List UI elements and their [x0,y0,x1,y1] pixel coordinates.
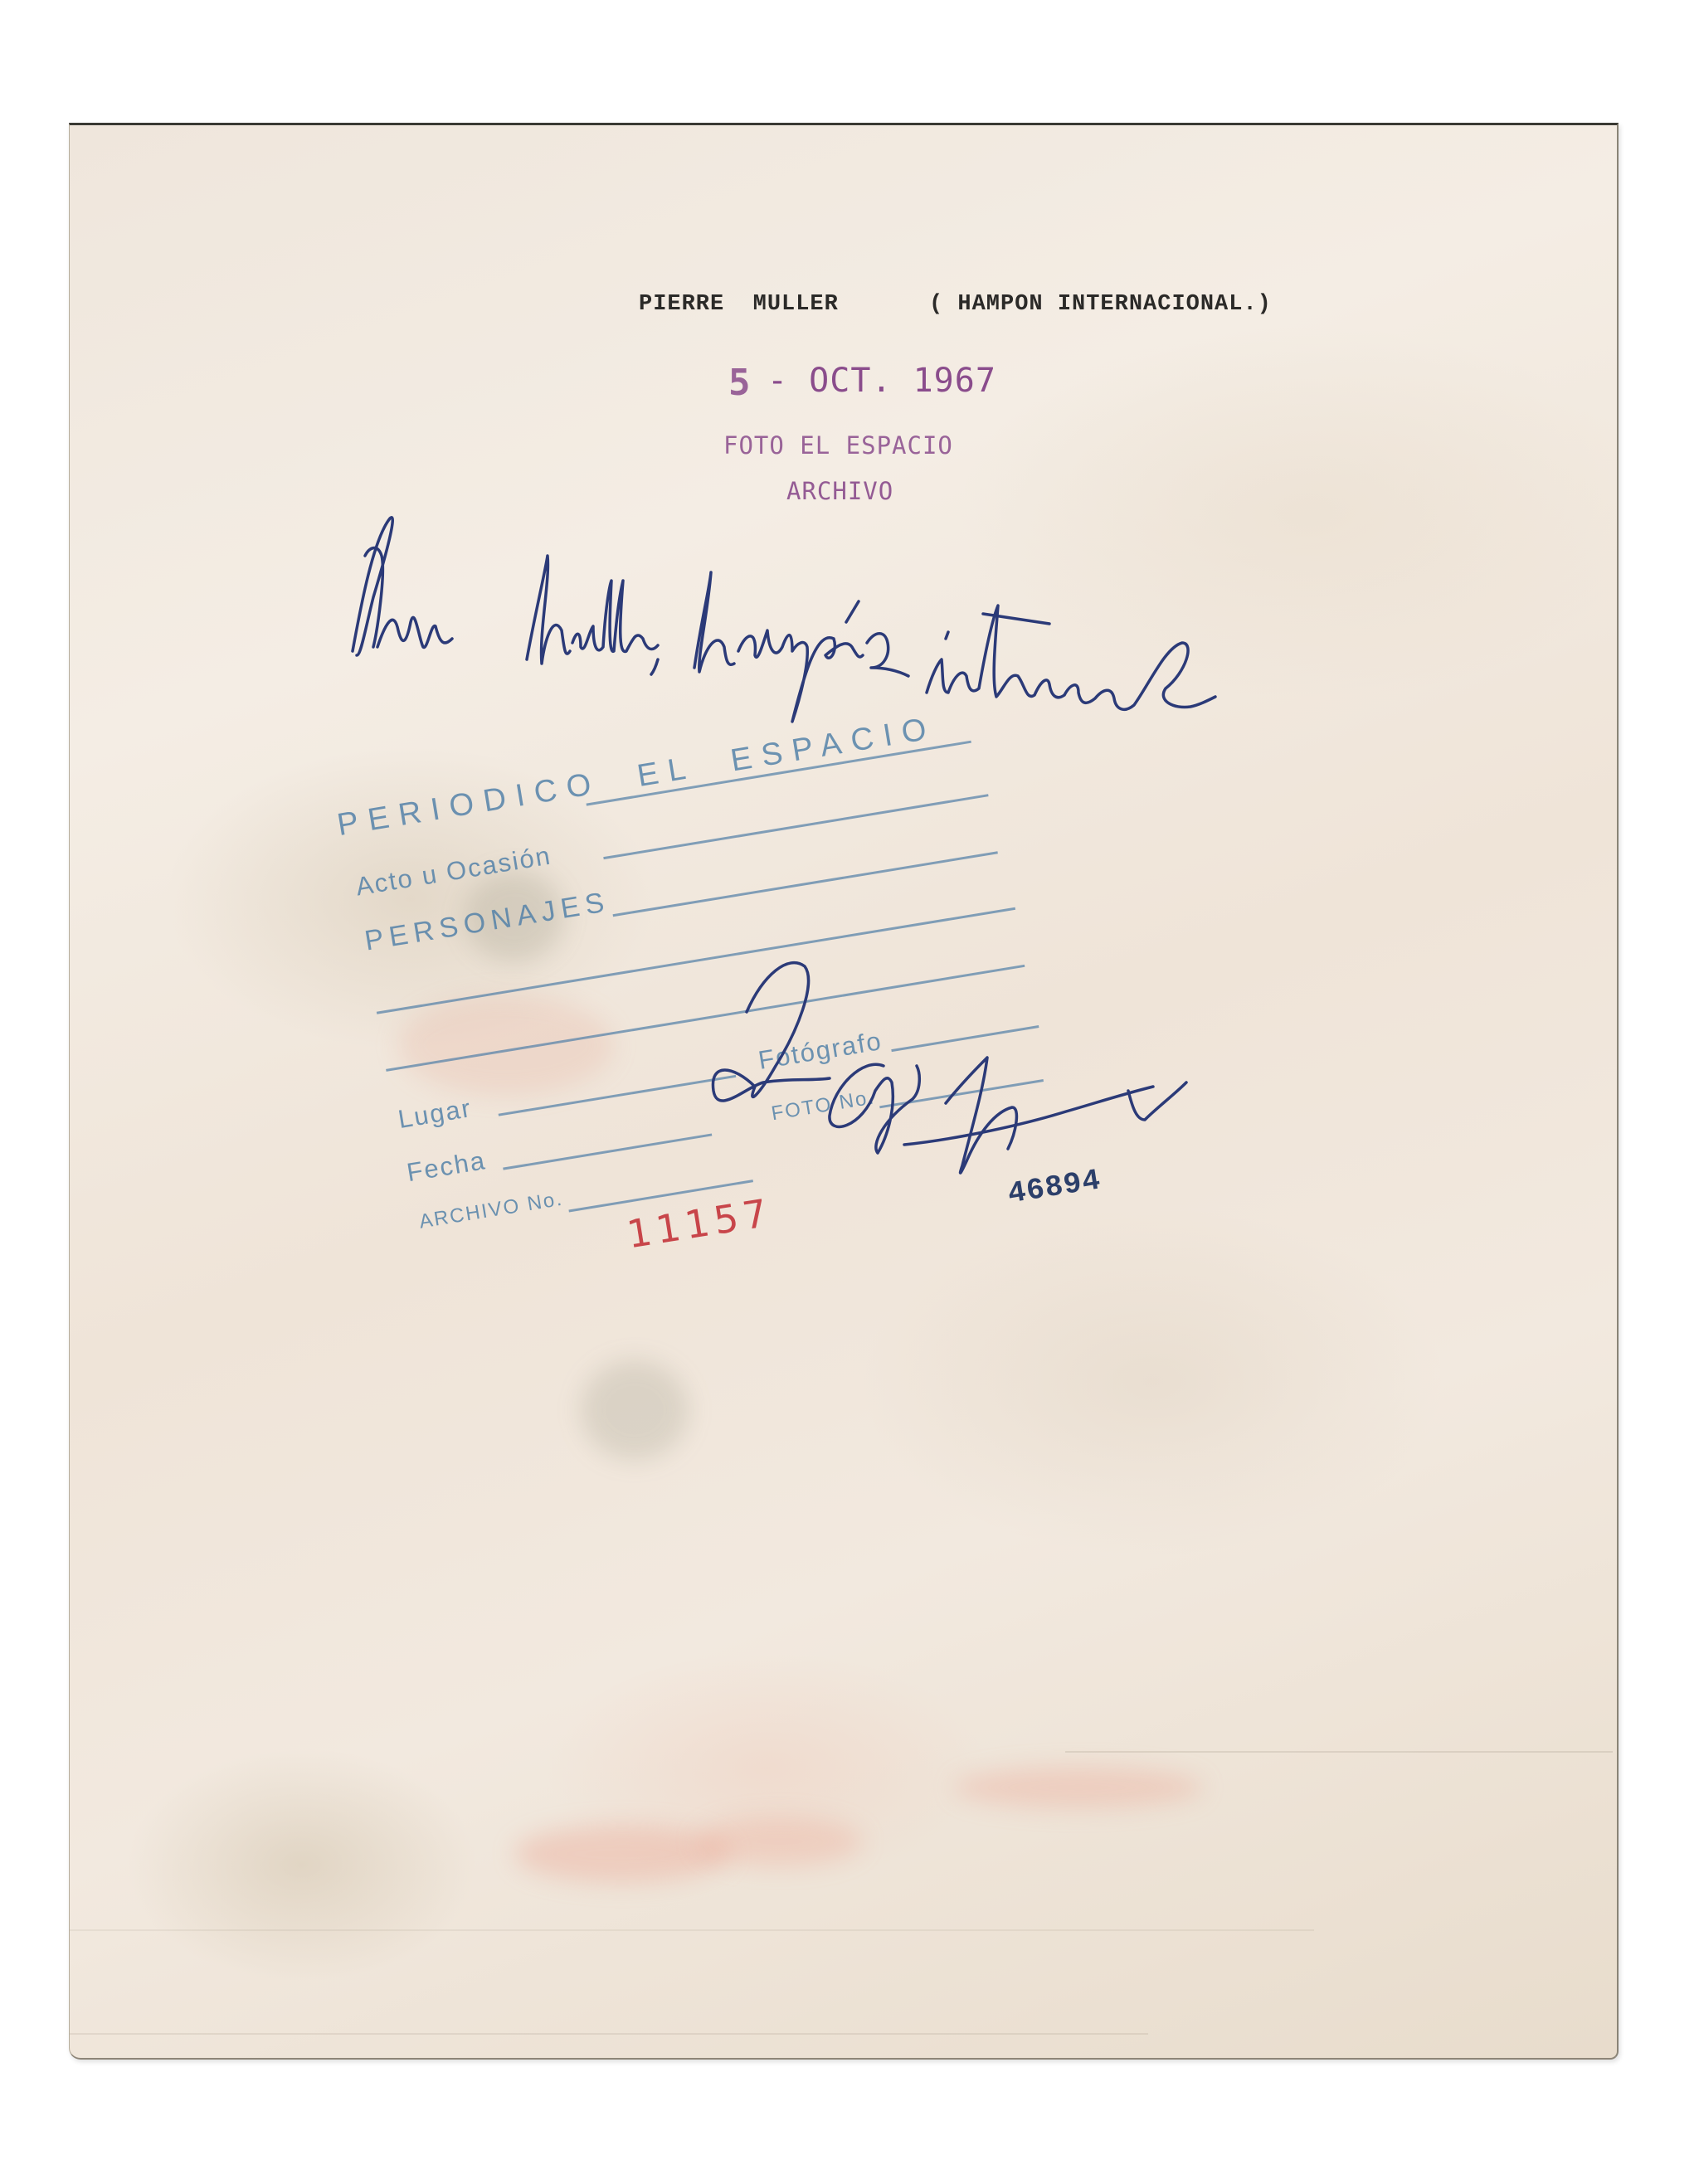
date-stamp-line1: FOTO EL ESPACIO [723,431,953,460]
paper-crease [70,1929,1314,1931]
typed-subject-name: PIERRE MULLER [639,292,839,317]
paper-crease [1065,1751,1613,1753]
signature-strokes [697,941,1261,1215]
ink-smudge [514,1825,730,1883]
acto-label: Acto u Ocasión [353,841,553,902]
personajes-field-line[interactable] [613,851,998,917]
lugar-label: Lugar [396,1093,474,1135]
photographer-signature [697,941,1261,1215]
ink-smudge [954,1767,1203,1808]
fecha-field-line[interactable] [503,1133,712,1170]
typed-caption: ( HAMPON INTERNACIONAL.) [929,292,1272,317]
archivo-no-label: ARCHIVO No. [417,1188,565,1234]
acto-field-line[interactable] [603,794,988,859]
stamp-title: PERIODICO EL ESPACIO [335,711,939,844]
date-stamp-line2: ARCHIVO [786,477,893,505]
dirt-spot [581,1360,689,1460]
fecha-label: Fecha [405,1146,489,1188]
paper-crease [70,2033,1148,2035]
date-stamp-date: - OCT. 1967 [767,362,996,400]
ink-smudge [697,1817,863,1866]
personajes-label: PERSONAJES [363,886,612,958]
date-stamp-day: 5 [728,362,752,404]
